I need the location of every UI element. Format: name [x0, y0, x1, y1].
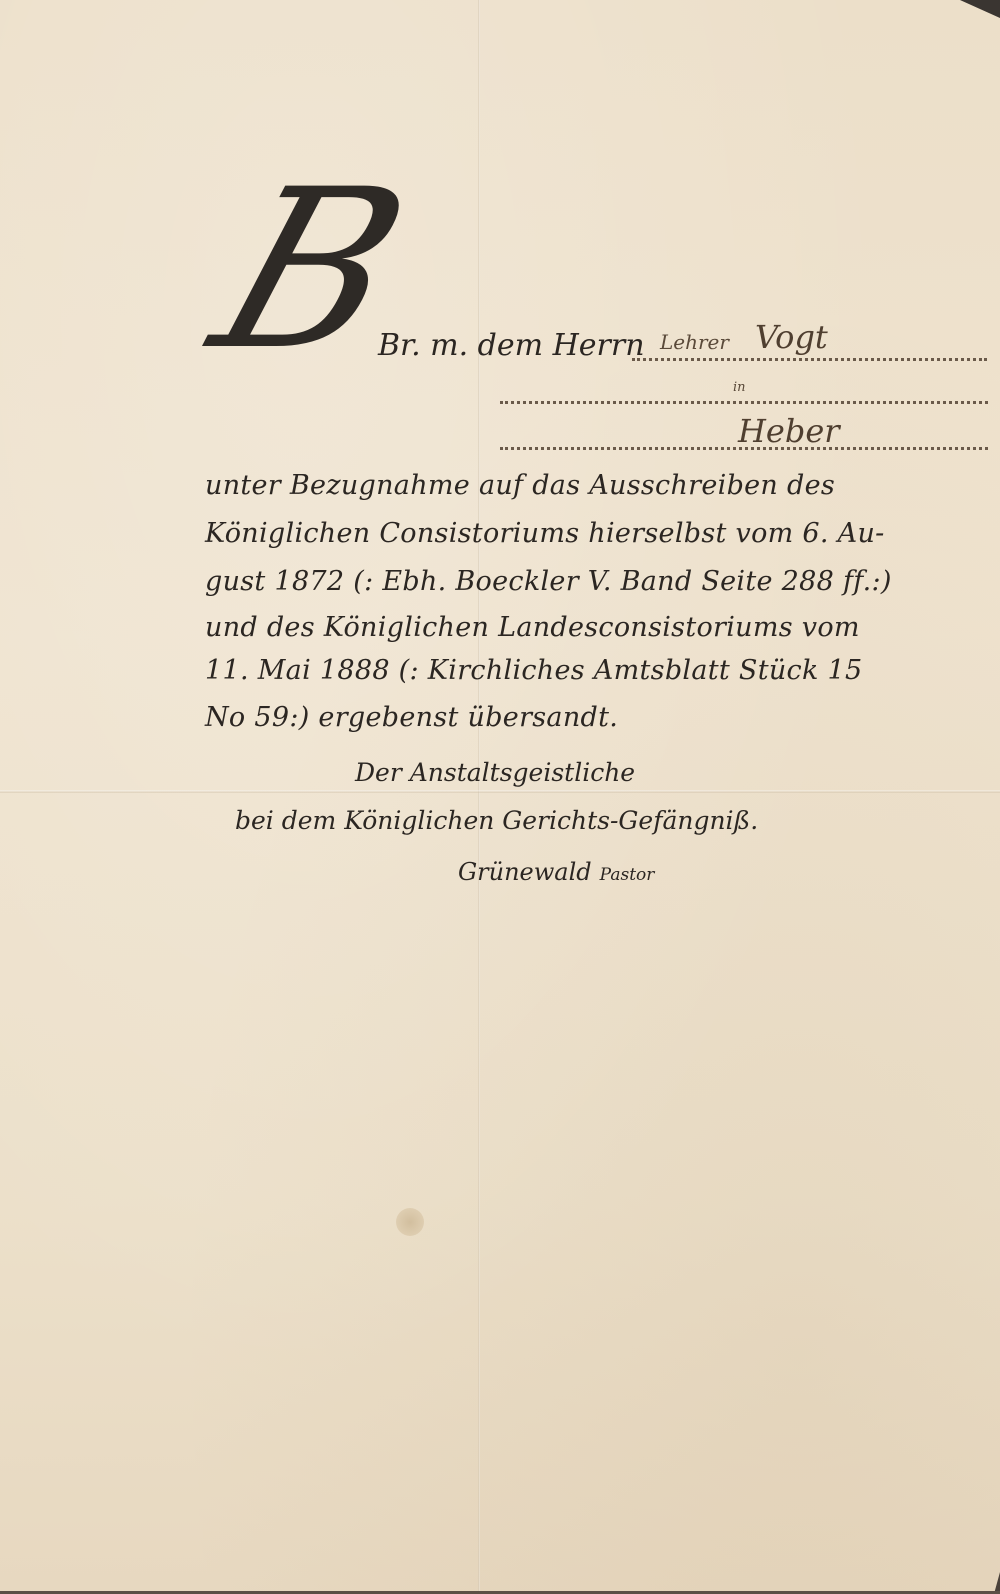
scanned-document-page: B Br. m. dem Herrn Lehrer Vogt in Heber …	[0, 0, 1000, 1594]
body-line: und des Königlichen Landesconsistoriums …	[205, 612, 860, 643]
recipient-role: Lehrer	[660, 330, 729, 354]
signature-institution: bei dem Königlichen Gerichts-Gefängniß.	[235, 806, 758, 835]
dotted-fill-line	[500, 401, 988, 404]
dotted-fill-line	[500, 447, 988, 450]
signature-name-block: GrünewaldPastor	[458, 858, 654, 886]
recipient-name: Vogt	[755, 318, 828, 356]
vertical-fold-crease	[478, 0, 480, 1594]
body-line: 11. Mai 1888 (: Kirchliches Amtsblatt St…	[205, 655, 862, 686]
place-name: Heber	[738, 412, 840, 450]
signature-name: Grünewald	[458, 858, 592, 886]
scan-corner-shadow-top	[960, 0, 1000, 18]
signature-title: Pastor	[600, 865, 655, 885]
body-line: unter Bezugnahme auf das Ausschreiben de…	[205, 470, 835, 501]
body-line: gust 1872 (: Ebh. Boeckler V. Band Seite…	[205, 566, 892, 597]
dotted-fill-line	[632, 358, 987, 361]
signature-office: Der Anstaltsgeistliche	[355, 758, 635, 787]
horizontal-fold-crease	[0, 790, 1000, 793]
body-line: No 59:) ergebenst übersandt.	[205, 702, 618, 733]
salutation: Br. m. dem Herrn	[378, 328, 645, 363]
body-line: Königlichen Consistoriums hierselbst vom…	[205, 518, 885, 549]
paper-stain	[396, 1208, 424, 1236]
place-prefix: in	[733, 380, 746, 395]
